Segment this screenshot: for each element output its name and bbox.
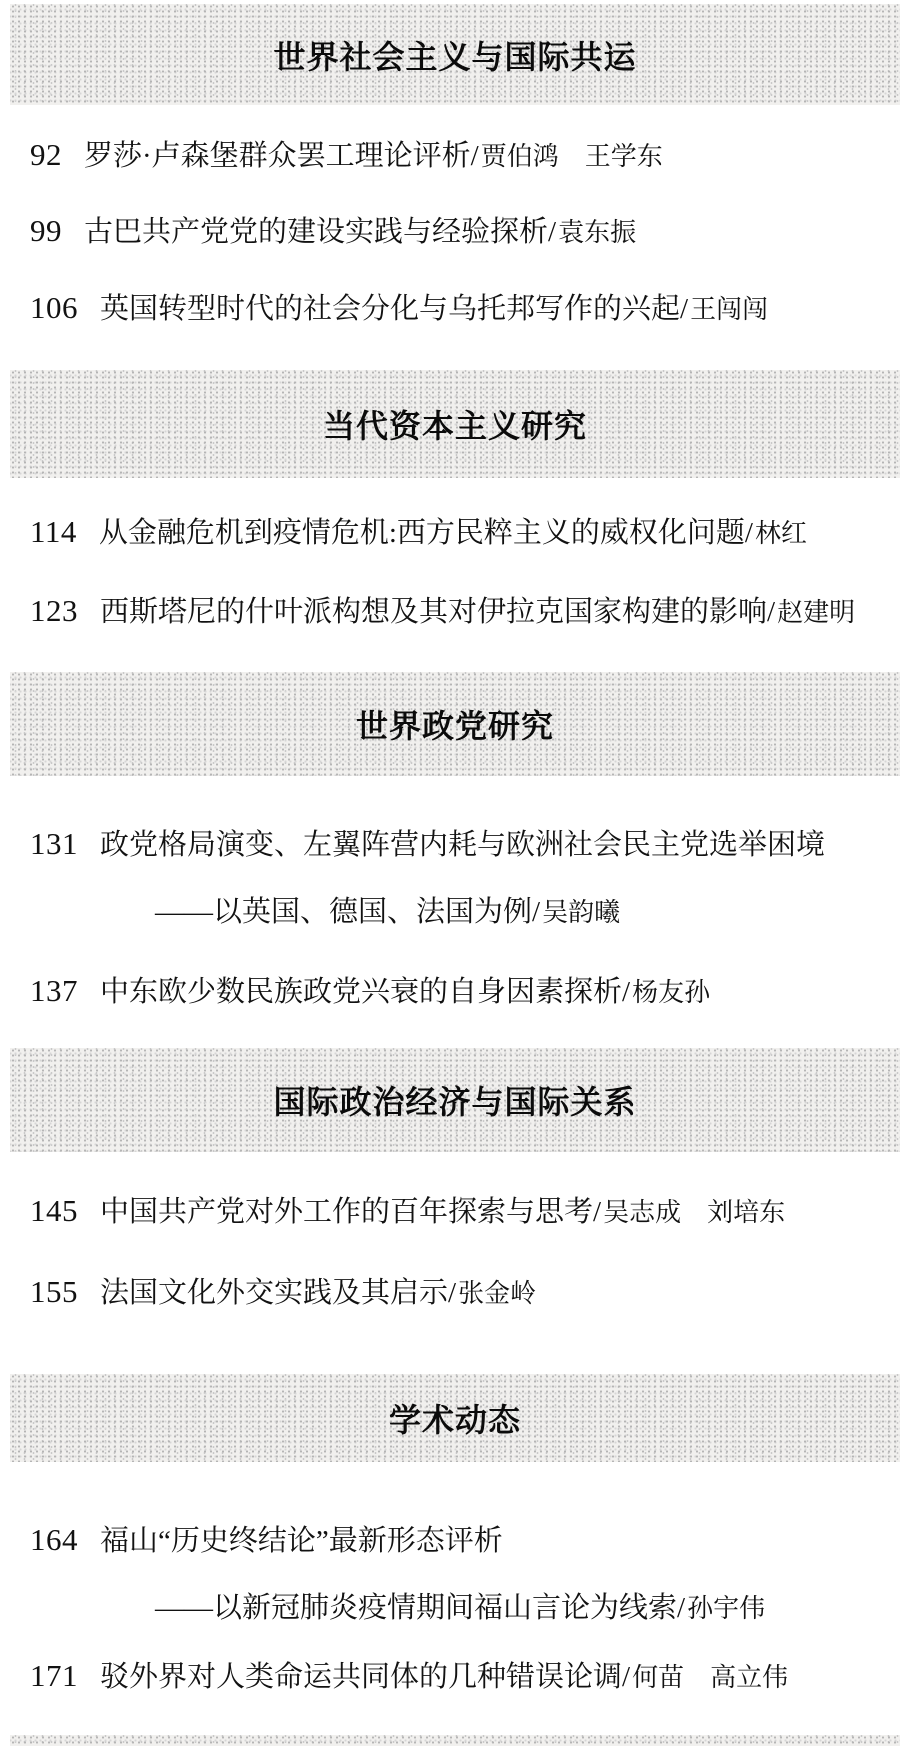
- page-number: 114: [30, 514, 77, 549]
- toc-entry: 99古巴共产党党的建设实践与经验探析/袁东振: [30, 214, 890, 250]
- entry-authors: 袁东振: [558, 218, 636, 247]
- section-header-band-3: 世界政党研究: [10, 672, 900, 776]
- toc-entry-subtitle: ——以新冠肺炎疫情期间福山言论为线索/孙宇伟: [155, 1591, 890, 1626]
- section-header-title: 世界社会主义与国际共运: [273, 32, 636, 78]
- toc-entry: 131政党格局演变、左翼阵营内耗与欧洲社会民主党选举困境: [30, 827, 890, 862]
- section-header-band-4: 国际政治经济与国际关系: [10, 1048, 900, 1152]
- toc-entry: 164福山“历史终结论”最新形态评析: [30, 1523, 890, 1558]
- page-number: 106: [30, 290, 78, 325]
- entry-title: 政党格局演变、左翼阵营内耗与欧洲社会民主党选举困境: [100, 829, 825, 861]
- journal-toc-page: 世界社会主义与国际共运 92罗莎·卢森堡群众罢工理论评析/贾伯鸿 王学东 99古…: [0, 0, 900, 1746]
- entry-authors: 贾伯鸿 王学东: [481, 142, 663, 171]
- toc-entry: 123西斯塔尼的什叶派构想及其对伊拉克国家构建的影响/赵建明: [30, 594, 890, 630]
- page-number: 145: [30, 1193, 78, 1228]
- page-number: 92: [30, 137, 62, 172]
- entry-title: 中东欧少数民族政党兴衰的自身因素探析/: [100, 976, 630, 1008]
- entry-authors: 孙宇伟: [687, 1594, 765, 1623]
- toc-entry: 155法国文化外交实践及其启示/张金岭: [30, 1275, 890, 1311]
- page-number: 99: [30, 213, 62, 248]
- section-header-title: 当代资本主义研究: [323, 401, 587, 447]
- entry-title: 罗莎·卢森堡群众罢工理论评析/: [84, 140, 479, 172]
- section-header-band-1: 世界社会主义与国际共运: [10, 4, 900, 105]
- section-header-title: 国际政治经济与国际关系: [273, 1077, 636, 1123]
- entry-title: 法国文化外交实践及其启示/: [100, 1277, 456, 1309]
- entry-authors: 赵建明: [777, 598, 855, 627]
- page-number: 131: [30, 826, 78, 861]
- section-header-title: 世界政党研究: [356, 701, 554, 747]
- toc-entry: 106英国转型时代的社会分化与乌托邦写作的兴起/王闯闯: [30, 291, 890, 327]
- entry-title: 西斯塔尼的什叶派构想及其对伊拉克国家构建的影响/: [100, 596, 775, 628]
- toc-entry: 171驳外界对人类命运共同体的几种错误论调/何苗 高立伟: [30, 1659, 890, 1695]
- entry-authors: 吴志成 刘培东: [603, 1198, 785, 1227]
- page-number: 155: [30, 1274, 78, 1309]
- section-header-title: 学术动态: [389, 1395, 521, 1441]
- entry-subtitle: ——以英国、德国、法国为例/: [155, 896, 540, 928]
- page-number: 123: [30, 593, 78, 628]
- page-number: 137: [30, 973, 78, 1008]
- entry-authors: 杨友孙: [632, 978, 710, 1007]
- toc-entry: 145中国共产党对外工作的百年探索与思考/吴志成 刘培东: [30, 1194, 890, 1230]
- entry-title: 英国转型时代的社会分化与乌托邦写作的兴起/: [100, 293, 688, 325]
- entry-authors: 吴韵曦: [542, 898, 620, 927]
- entry-authors: 何苗 高立伟: [632, 1663, 788, 1692]
- toc-entry: 114从金融危机到疫情危机:西方民粹主义的威权化问题/林红: [30, 515, 890, 551]
- entry-title: 古巴共产党党的建设实践与经验探析/: [84, 216, 556, 248]
- page-number: 164: [30, 1522, 78, 1557]
- next-section-band-partial: [10, 1735, 900, 1746]
- section-header-band-2: 当代资本主义研究: [10, 370, 900, 478]
- entry-authors: 王闯闯: [690, 295, 768, 324]
- entry-title: 中国共产党对外工作的百年探索与思考/: [100, 1196, 601, 1228]
- entry-title: 驳外界对人类命运共同体的几种错误论调/: [100, 1661, 630, 1693]
- entry-authors: 张金岭: [458, 1279, 536, 1308]
- entry-title: 福山“历史终结论”最新形态评析: [100, 1525, 503, 1557]
- toc-entry: 92罗莎·卢森堡群众罢工理论评析/贾伯鸿 王学东: [30, 138, 890, 174]
- entry-subtitle: ——以新冠肺炎疫情期间福山言论为线索/: [155, 1592, 685, 1624]
- toc-entry: 137中东欧少数民族政党兴衰的自身因素探析/杨友孙: [30, 974, 890, 1010]
- toc-entry-subtitle: ——以英国、德国、法国为例/吴韵曦: [155, 895, 890, 930]
- entry-title: 从金融危机到疫情危机:西方民粹主义的威权化问题/: [99, 517, 753, 549]
- entry-authors: 林红: [755, 519, 807, 548]
- page-number: 171: [30, 1658, 78, 1693]
- section-header-band-5: 学术动态: [10, 1374, 900, 1462]
